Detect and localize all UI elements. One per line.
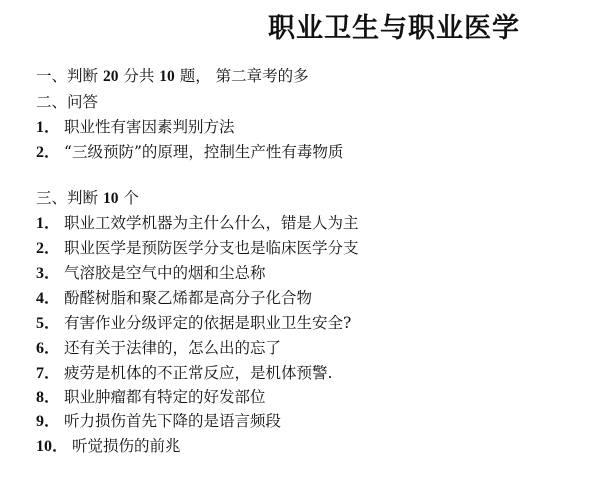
- item-number: 3．: [36, 265, 60, 282]
- section2-item: 2．“三级预防”的原理，控制生产性有毒物质: [36, 142, 343, 163]
- section3-item: 8．职业肿瘤都有特定的好发部位: [36, 387, 266, 408]
- section3-item: 1．职业工效学机器为主什么什么，错是人为主: [36, 213, 359, 234]
- item-number: 7．: [36, 365, 60, 382]
- section3-count: 10: [103, 190, 119, 207]
- section3-item: 9．听力损伤首先下降的是语言频段: [36, 411, 281, 432]
- item-text: 职业肿瘤都有特定的好发部位: [64, 388, 266, 406]
- item-text: 职业医学是预防医学分支也是临床医学分支: [64, 239, 359, 257]
- section3-item: 3．气溶胶是空气中的烟和尘总称: [36, 263, 266, 284]
- item-number: 5．: [36, 315, 60, 332]
- section1-prefix: 一、判断: [36, 67, 103, 85]
- item-number: 2．: [36, 240, 60, 257]
- item-text: 疲劳是机体的不正常反应，是机体预警.: [64, 364, 332, 382]
- item-text: 还有关于法律的，怎么出的忘了: [64, 339, 281, 357]
- section3-item: 6．还有关于法律的，怎么出的忘了: [36, 338, 281, 359]
- section1-line: 一、判断 20 分共 10 题， 第二章考的多: [36, 66, 309, 87]
- section3-suffix: 个: [118, 189, 138, 207]
- section3-item: 7．疲劳是机体的不正常反应，是机体预警.: [36, 363, 332, 384]
- item-number: 6．: [36, 340, 60, 357]
- item-number: 10．: [36, 438, 68, 455]
- item-text: 气溶胶是空气中的烟和尘总称: [64, 264, 266, 282]
- section2-heading: 二、问答: [36, 92, 98, 112]
- section3-item: 2．职业医学是预防医学分支也是临床医学分支: [36, 238, 359, 259]
- section2-item: 1．职业性有害因素判别方法: [36, 117, 235, 138]
- section1-mid: 分共: [118, 67, 159, 85]
- item-text: 听力损伤首先下降的是语言频段: [64, 412, 281, 430]
- section1-count: 10: [159, 68, 175, 85]
- section3-prefix: 三、判断: [36, 189, 103, 207]
- item-number: 8．: [36, 389, 60, 406]
- item-number: 2．: [36, 144, 60, 161]
- section1-suffix: 题， 第二章考的多: [175, 67, 309, 85]
- document-title: 职业卫生与职业医学: [268, 6, 520, 45]
- section3-item: 4．酚醛树脂和聚乙烯都是高分子化合物: [36, 288, 312, 309]
- section1-points: 20: [103, 68, 119, 85]
- item-number: 1．: [36, 119, 60, 136]
- item-text: 酚醛树脂和聚乙烯都是高分子化合物: [64, 289, 312, 307]
- item-text: 听觉损伤的前兆: [72, 437, 181, 455]
- section3-item: 10．听觉损伤的前兆: [36, 436, 181, 457]
- section3-item: 5．有害作业分级评定的依据是职业卫生安全?: [36, 313, 351, 334]
- item-number: 9．: [36, 413, 60, 430]
- item-number: 4．: [36, 290, 60, 307]
- item-text: “三级预防”的原理，控制生产性有毒物质: [64, 143, 343, 161]
- item-text: 职业工效学机器为主什么什么，错是人为主: [64, 214, 359, 232]
- section3-heading: 三、判断 10 个: [36, 188, 139, 209]
- item-text: 职业性有害因素判别方法: [64, 118, 235, 136]
- item-number: 1．: [36, 215, 60, 232]
- item-text: 有害作业分级评定的依据是职业卫生安全?: [64, 314, 351, 332]
